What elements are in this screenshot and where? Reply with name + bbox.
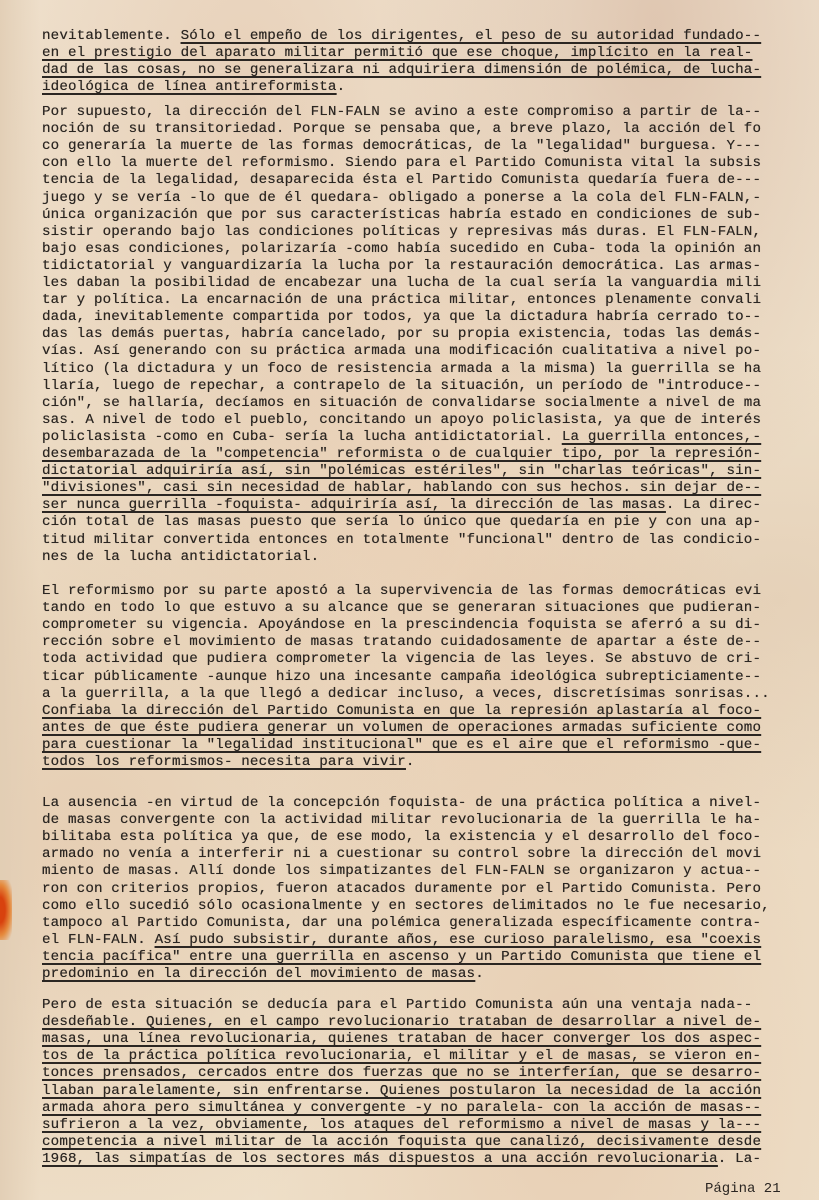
text-line: bajo esas condiciones, polarizaría -como…: [42, 241, 761, 258]
text-line: sufrieron a la vez, obviamente, los ataq…: [42, 1117, 761, 1134]
text-line: Pero de esta situación se deducía para e…: [42, 997, 752, 1014]
underlined-text: ideológica de línea antireformista: [42, 79, 337, 95]
text-segment: Por supuesto, la dirección del FLN-FALN …: [42, 104, 761, 120]
underlined-text: tencia pacífica" entre una guerrilla en …: [42, 949, 761, 965]
text-line: El reformismo por su parte apostó a la s…: [42, 583, 761, 600]
text-line: masas, una línea revolucionaria, quienes…: [42, 1031, 761, 1048]
text-segment: tencia de la legalidad, desaparecida ést…: [42, 172, 761, 188]
text-segment: .: [475, 966, 484, 982]
text-segment: de masas convergente con la actividad mi…: [42, 812, 761, 828]
text-line: "divisiones", casi sin necesidad de habl…: [42, 480, 761, 497]
text-line: ideológica de línea antireformista.: [42, 79, 345, 96]
text-segment: bajo esas condiciones, polarizaría -como…: [42, 241, 761, 257]
underlined-text: para cuestionar la "legalidad institucio…: [42, 737, 761, 753]
text-segment: como ello sucedió sólo ocasionalmente y …: [42, 898, 770, 914]
text-line: toda actividad que pudiera comprometer l…: [42, 651, 761, 668]
underlined-text: dictatorial adquiriría así, sin "polémic…: [42, 463, 761, 479]
text-line: armada ahora pero simultánea y convergen…: [42, 1100, 761, 1117]
underlined-text: Así pudo subsistir, durante años, ese cu…: [155, 932, 761, 948]
text-segment: noción de su transitoriedad. Porque se p…: [42, 121, 761, 137]
underlined-text: 1968, las simpatías de los sectores más …: [42, 1151, 718, 1167]
text-line: con ello la muerte del reformismo. Siend…: [42, 155, 761, 172]
text-line: armado no venía a interferir ni a cuesti…: [42, 846, 761, 863]
text-line: todos los reformismos- necesita para viv…: [42, 754, 415, 771]
text-line: juego y se vería -lo que de él quedara- …: [42, 190, 761, 207]
text-line: para cuestionar la "legalidad institucio…: [42, 737, 761, 754]
text-segment: das las demás puertas, habría cancelado,…: [42, 326, 761, 342]
text-line: dad de las cosas, no se generalizara ni …: [42, 62, 761, 79]
underlined-text: armada ahora pero simultánea y convergen…: [42, 1100, 761, 1116]
text-line: bilitaba esta política ya que, de ese mo…: [42, 829, 761, 846]
text-line: de masas convergente con la actividad mi…: [42, 812, 761, 829]
text-line: miento de masas. Allí donde los simpatiz…: [42, 863, 761, 880]
text-line: tar y política. La encarnación de una pr…: [42, 292, 761, 309]
text-line: das las demás puertas, habría cancelado,…: [42, 326, 761, 343]
underlined-text: tos de la práctica política revolucionar…: [42, 1048, 761, 1064]
underlined-text: sufrieron a la vez, obviamente, los ataq…: [42, 1117, 761, 1133]
underlined-text: desdeñable. Quienes, en el campo revoluc…: [42, 1014, 761, 1030]
paper-stain: [0, 880, 12, 940]
text-line: La ausencia -en virtud de la concepción …: [42, 795, 761, 812]
text-segment: Pero de esta situación se deducía para e…: [42, 997, 752, 1013]
underlined-text: masas, una línea revolucionaria, quienes…: [42, 1031, 761, 1047]
text-segment: tampoco al Partido Comunista, dar una po…: [42, 915, 761, 931]
text-segment: ron con criterios propios, fueron atacad…: [42, 881, 761, 897]
text-segment: sas. A nivel de todo el pueblo, concitan…: [42, 412, 761, 428]
text-line: ción", se hallaría, decíamos en situació…: [42, 395, 761, 412]
text-segment: La ausencia -en virtud de la concepción …: [42, 795, 761, 811]
text-segment: a la guerrilla, a la que llegó a dedicar…: [42, 686, 770, 702]
underlined-text: La guerrilla entonces,-: [562, 429, 761, 445]
text-segment: sistir operando bajo las condiciones pol…: [42, 224, 761, 240]
text-line: co generaría la muerte de las formas dem…: [42, 138, 761, 155]
text-segment: titud militar convertida entonces en tot…: [42, 532, 761, 548]
text-segment: .: [337, 79, 346, 95]
text-line: policlasista -como en Cuba- sería la luc…: [42, 429, 761, 446]
text-line: Confiaba la dirección del Partido Comuni…: [42, 703, 761, 720]
text-line: les daban la posibilidad de encabezar un…: [42, 275, 761, 292]
text-segment: bilitaba esta política ya que, de ese mo…: [42, 829, 761, 845]
text-line: rección sobre el movimiento de masas tra…: [42, 634, 761, 651]
text-segment: ticar públicamente -aunque hizo una ince…: [42, 669, 761, 685]
underlined-text: en el prestigio del aparato militar perm…: [42, 45, 752, 61]
text-segment: El reformismo por su parte apostó a la s…: [42, 583, 761, 599]
text-segment: tidictatorial y vanguardizaría la lucha …: [42, 258, 761, 274]
text-segment: tar y política. La encarnación de una pr…: [42, 292, 761, 308]
text-line: sas. A nivel de todo el pueblo, concitan…: [42, 412, 761, 429]
underlined-text: ser nunca guerrilla -foquista- adquirirí…: [42, 497, 666, 513]
text-segment: comprometer su vigencia. Apoyándose en l…: [42, 617, 761, 633]
text-segment: con ello la muerte del reformismo. Siend…: [42, 155, 761, 171]
underlined-text: desembarazada de la "competencia" reform…: [42, 446, 761, 462]
text-segment: policlasista -como en Cuba- sería la luc…: [42, 429, 562, 445]
text-line: tos de la práctica política revolucionar…: [42, 1048, 761, 1065]
text-line: lítico (la dictadura y un foco de resist…: [42, 361, 761, 378]
paper-fold-shadow: [0, 0, 40, 1200]
text-line: llaría, luego de repechar, a contrapelo …: [42, 378, 761, 395]
text-line: vías. Así generando con su práctica arma…: [42, 343, 761, 360]
text-line: ción total de las masas puesto que sería…: [42, 514, 761, 531]
text-line: dada, inevitablemente compartida por tod…: [42, 309, 761, 326]
text-line: el FLN-FALN. Así pudo subsistir, durante…: [42, 932, 761, 949]
text-segment: toda actividad que pudiera comprometer l…: [42, 651, 761, 667]
text-segment: . La-: [718, 1151, 761, 1167]
text-segment: armado no venía a interferir ni a cuesti…: [42, 846, 761, 862]
text-line: dictatorial adquiriría así, sin "polémic…: [42, 463, 761, 480]
text-segment: les daban la posibilidad de encabezar un…: [42, 275, 761, 291]
text-segment: llaría, luego de repechar, a contrapelo …: [42, 378, 761, 394]
text-line: sistir operando bajo las condiciones pol…: [42, 224, 761, 241]
text-line: desembarazada de la "competencia" reform…: [42, 446, 761, 463]
underlined-text: llaban paralelamente, sin enfrentarse. Q…: [42, 1083, 761, 1099]
text-line: tencia de la legalidad, desaparecida ést…: [42, 172, 761, 189]
text-line: a la guerrilla, a la que llegó a dedicar…: [42, 686, 770, 703]
underlined-text: todos los reformismos- necesita para viv…: [42, 754, 406, 770]
text-segment: juego y se vería -lo que de él quedara- …: [42, 190, 761, 206]
underlined-text: "divisiones", casi sin necesidad de habl…: [42, 480, 761, 496]
text-line: tencia pacífica" entre una guerrilla en …: [42, 949, 761, 966]
text-segment: dada, inevitablemente compartida por tod…: [42, 309, 761, 325]
text-line: única organización que por sus caracterí…: [42, 207, 761, 224]
text-line: tando en todo lo que estuvo a su alcance…: [42, 600, 761, 617]
underlined-text: antes de que éste pudiera generar un vol…: [42, 720, 761, 736]
text-segment: nevitablemente.: [42, 28, 181, 44]
text-line: 1968, las simpatías de los sectores más …: [42, 1151, 761, 1168]
text-segment: nes de la lucha antidictatorial.: [42, 549, 319, 565]
text-segment: el FLN-FALN.: [42, 932, 155, 948]
text-segment: miento de masas. Allí donde los simpatiz…: [42, 863, 761, 879]
text-line: en el prestigio del aparato militar perm…: [42, 45, 752, 62]
underlined-text: competencia a nivel militar de la acción…: [42, 1134, 761, 1150]
text-segment: vías. Así generando con su práctica arma…: [42, 343, 761, 359]
text-segment: lítico (la dictadura y un foco de resist…: [42, 361, 761, 377]
text-segment: rección sobre el movimiento de masas tra…: [42, 634, 761, 650]
text-line: nevitablemente. Sólo el empeño de los di…: [42, 28, 761, 45]
text-line: ron con criterios propios, fueron atacad…: [42, 881, 761, 898]
underlined-text: dad de las cosas, no se generalizara ni …: [42, 62, 761, 78]
text-line: ticar públicamente -aunque hizo una ince…: [42, 669, 761, 686]
text-line: antes de que éste pudiera generar un vol…: [42, 720, 761, 737]
underlined-text: Sólo el empeño de los dirigentes, el pes…: [181, 28, 761, 44]
text-line: tidictatorial y vanguardizaría la lucha …: [42, 258, 761, 275]
text-line: ser nunca guerrilla -foquista- adquirirí…: [42, 497, 761, 514]
text-line: tampoco al Partido Comunista, dar una po…: [42, 915, 761, 932]
text-line: titud militar convertida entonces en tot…: [42, 532, 761, 549]
underlined-text: Confiaba la dirección del Partido Comuni…: [42, 703, 761, 719]
text-line: comprometer su vigencia. Apoyándose en l…: [42, 617, 761, 634]
text-line: nes de la lucha antidictatorial.: [42, 549, 319, 566]
text-segment: única organización que por sus caracterí…: [42, 207, 761, 223]
page-number: Página 21: [705, 1181, 781, 1197]
text-line: llaban paralelamente, sin enfrentarse. Q…: [42, 1083, 761, 1100]
text-line: desdeñable. Quienes, en el campo revoluc…: [42, 1014, 761, 1031]
text-line: noción de su transitoriedad. Porque se p…: [42, 121, 761, 138]
text-segment: ción", se hallaría, decíamos en situació…: [42, 395, 761, 411]
underlined-text: tonces prensados, cercados entre dos fue…: [42, 1065, 761, 1081]
text-segment: . La direc-: [666, 497, 761, 513]
text-line: Por supuesto, la dirección del FLN-FALN …: [42, 104, 761, 121]
text-segment: .: [406, 754, 415, 770]
text-segment: ción total de las masas puesto que sería…: [42, 514, 761, 530]
text-line: como ello sucedió sólo ocasionalmente y …: [42, 898, 770, 915]
text-line: tonces prensados, cercados entre dos fue…: [42, 1065, 761, 1082]
text-segment: tando en todo lo que estuvo a su alcance…: [42, 600, 761, 616]
text-segment: co generaría la muerte de las formas dem…: [42, 138, 761, 154]
underlined-text: predominio en la dirección del movimient…: [42, 966, 475, 982]
text-line: competencia a nivel militar de la acción…: [42, 1134, 761, 1151]
text-line: predominio en la dirección del movimient…: [42, 966, 484, 983]
